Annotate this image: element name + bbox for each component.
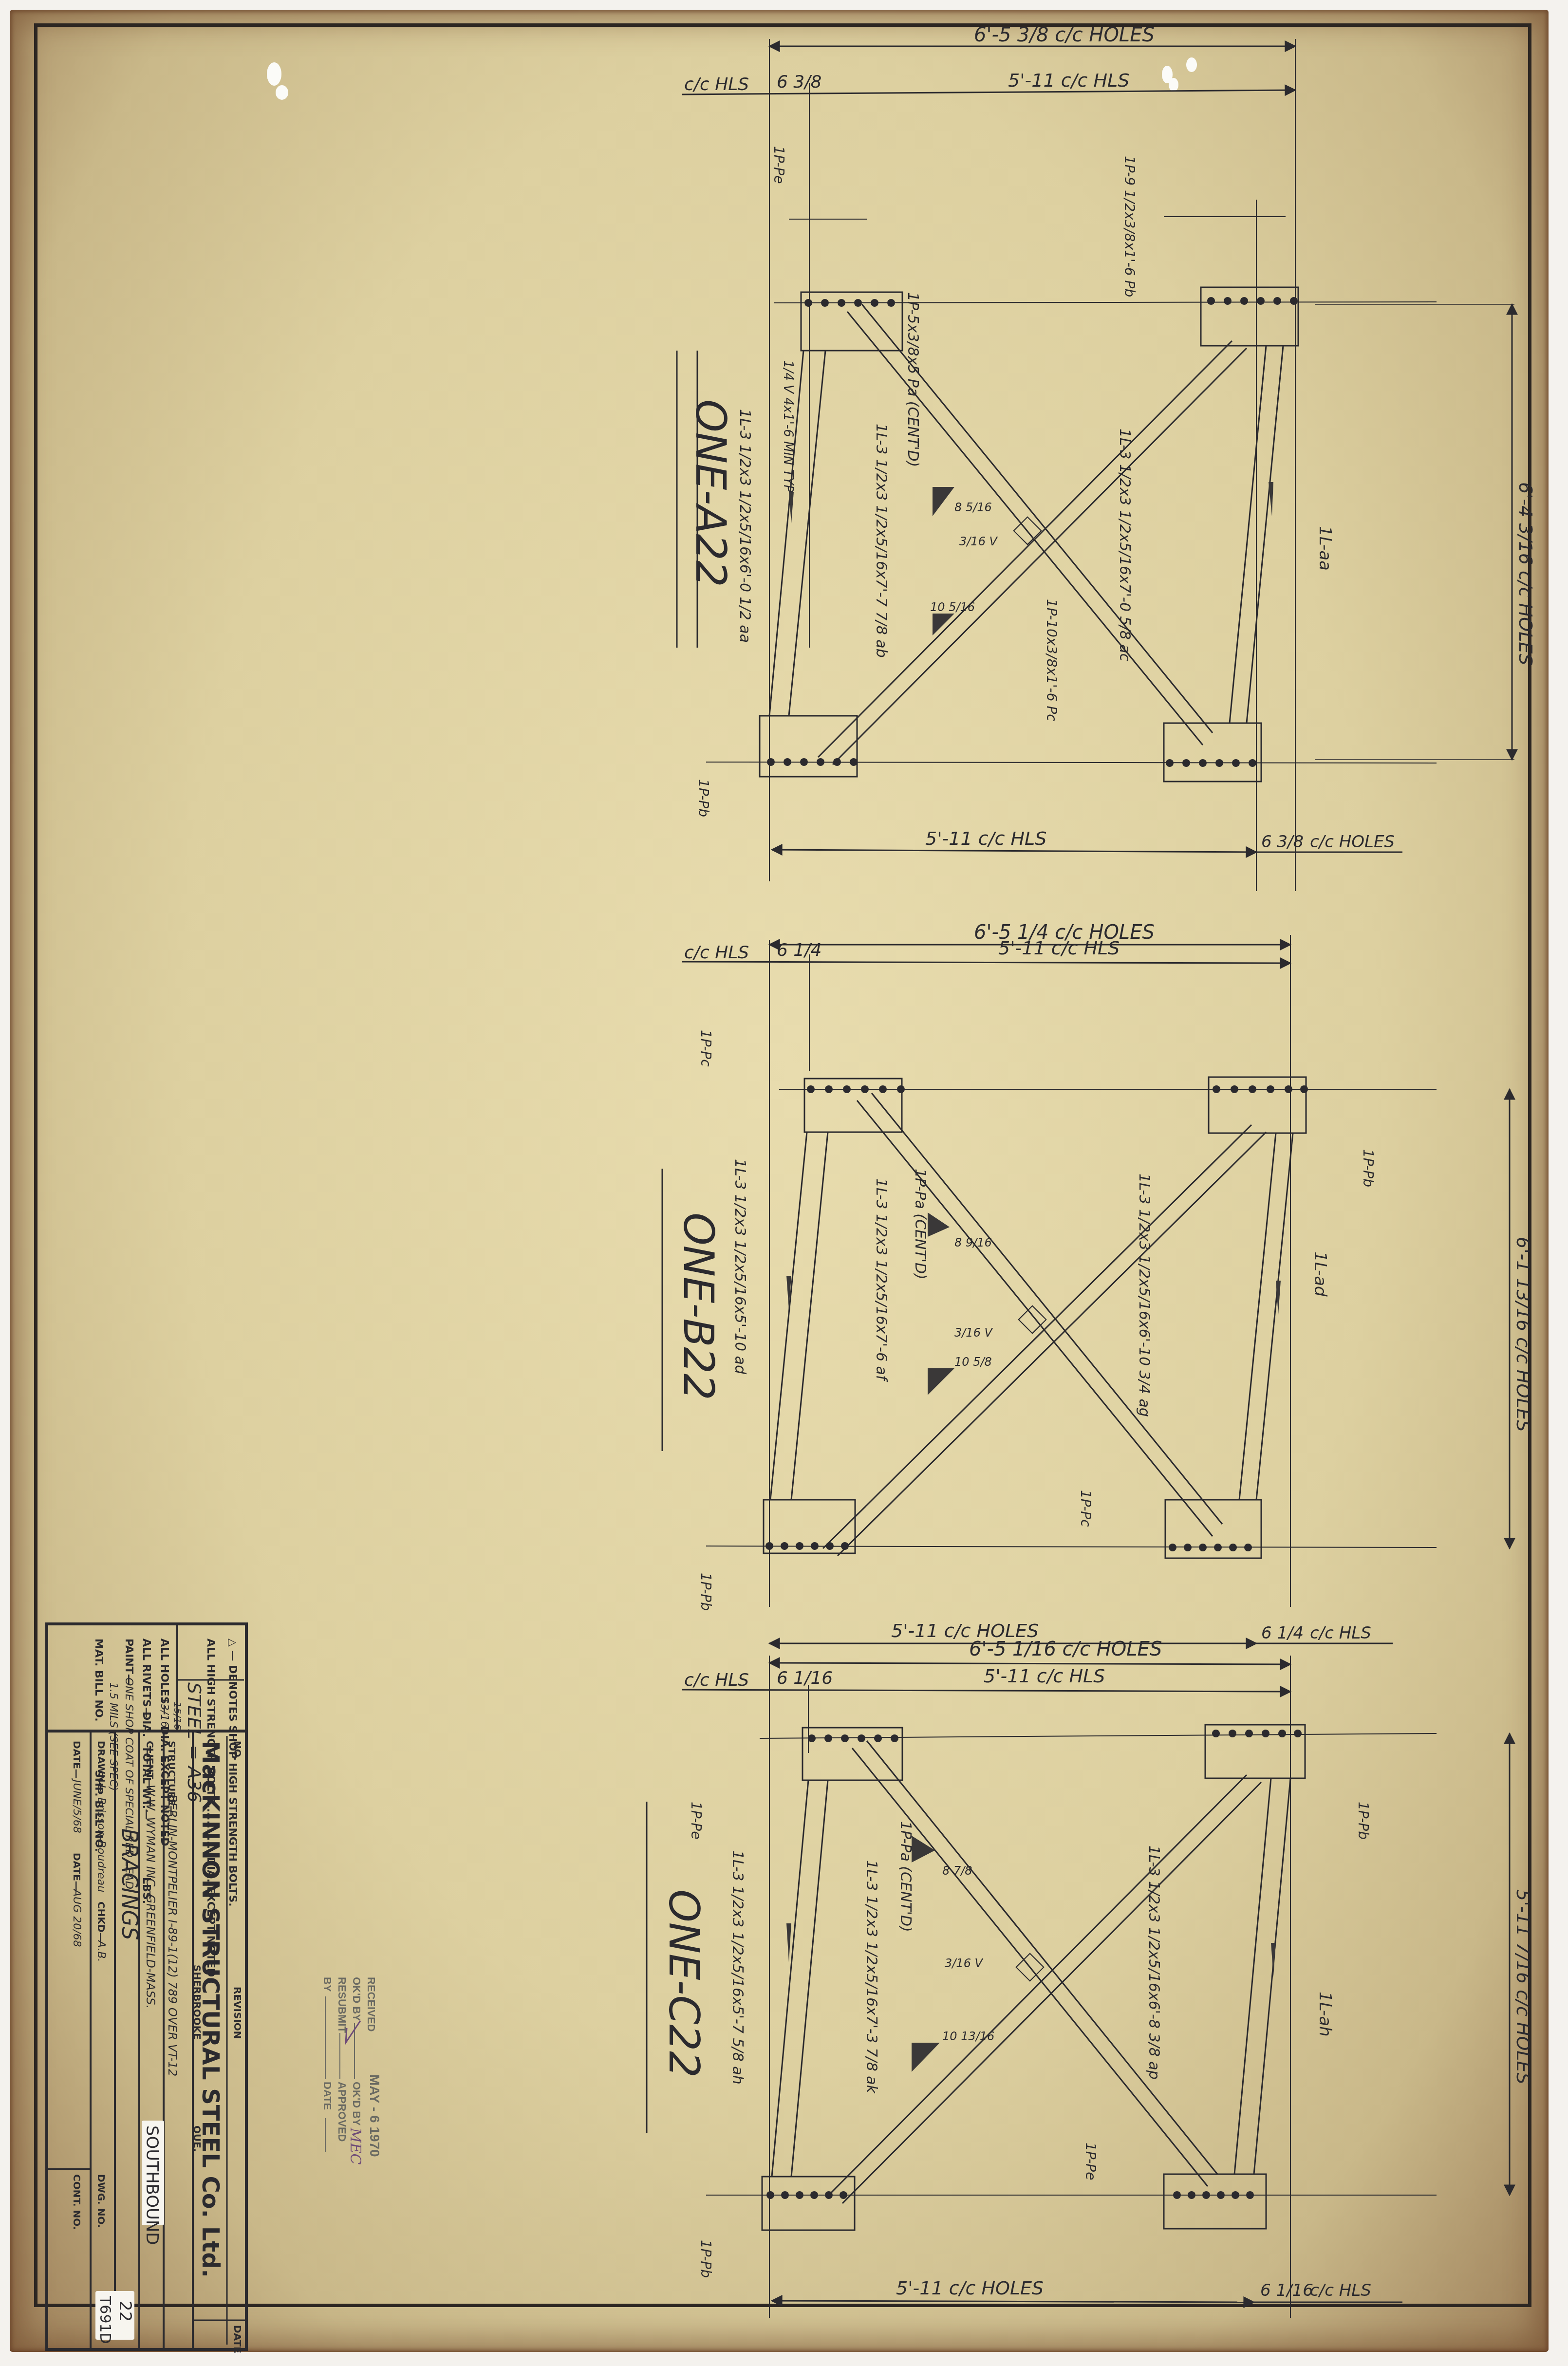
dim-offset-top: 6 1/16 [777,1668,833,1688]
stamp-resubmit: RESUBMIT [336,1977,348,2033]
title-sticker: SOUTHBOUND [142,2125,162,2245]
member-diag-2: 1L-3 1/2x3 1/2x5/16x7'-0 5/8 ac [1116,428,1133,662]
plate-bottom-right: 1P-Pe [1083,2142,1099,2180]
note-holes-extra: 15/16 [172,1702,184,1730]
dim-side: 6'-1 13/16 c/c HOLES [1512,1237,1534,1432]
member-left: 1L-3 1/2x3 1/2x5/16x5'-10 ad [731,1159,748,1375]
date2-value: AUG 20/68 [71,1888,83,1947]
dim-main-top: 5'-11 c/c HLS [998,937,1120,959]
frame-one-a22: 6'-5 3/8 c/c HOLES c/c HLS 6 3/8 5'-11 c… [677,24,1536,891]
dim-left-top: c/c HLS [684,1670,749,1690]
slope-2: 10 5/16 [930,600,975,614]
dim-offset-top: 6 3/8 [777,72,821,92]
dim-main-bottom: 5'-11 c/c HLS [925,828,1046,849]
frame-one-c22: 6'-5 1/16 c/c HOLES c/c HLS 6 1/16 5'-11… [647,1638,1534,2318]
cont-no-label: CONT. NO. [71,2174,83,2230]
center-plate: 1P-5x3/8x5 Pa (CENT'D) [904,292,921,467]
client-value: W.W. WYMAN INC.-GREENFIELD-MASS. [144,1785,157,2009]
plate-top-right: 1P-Pb [1355,1802,1371,1840]
slope-2: 10 13/16 [942,2030,994,2043]
center-plate: 1P-Pa (CENT'D) [897,1821,914,1932]
dim-right-bottom: c/c HLS [1310,2281,1371,2300]
dim-main-top: 5'-11 c/c HLS [984,1665,1105,1687]
dim-overall-top: 6'-5 1/16 c/c HOLES [969,1638,1162,1660]
member-diag-1: 1L-3 1/2x3 1/2x5/16x7'-3 7/8 ak [863,1860,880,2094]
stamp-received: RECEIVED [365,1977,377,2031]
plate-bottom-left: 1P-Pb [698,2240,714,2278]
dim-overall-top: 6'-5 3/8 c/c HOLES [974,24,1155,46]
dwg-no-value: 22 [115,2301,135,2322]
dim-offset-top: 6 1/4 [777,940,821,960]
dim-side: 5'-11 7/16 c/c HOLES [1512,1889,1534,2085]
plate-top-right: 1P-Pb [1360,1149,1376,1187]
cont-no-value: T691D [96,2295,113,2344]
member-left: 1L-3 1/2x3 1/2x5/16x6'-0 1/2 aa [736,409,753,643]
slope-1: 8 9/16 [954,1236,992,1249]
member-right: 1L-ah [1315,1992,1335,2037]
plate-bottom-left: 1P-Pb [698,1573,714,1611]
frame-one-b22: 6'-5 1/4 c/c HOLES c/c HLS 6 1/4 5'-11 c… [662,921,1534,1643]
slope-1: 8 5/16 [954,501,992,514]
plate-top-right: 1P-9 1/2x3/8x1'-6 Pb [1121,156,1138,297]
dim-main-bottom: 5'-11 c/c HOLES [896,2277,1044,2299]
note-rivets-label: ALL RIVETS— [140,1639,152,1718]
stamp-okd-by-2: OK'D BY [351,2082,363,2126]
piece-mark: ONE-B22 [674,1212,723,1400]
stamp-okd-by: OK'D BY [351,1977,363,2021]
date2-label: DATE— [71,1853,83,1891]
piece-mark: ONE-C22 [659,1889,708,2078]
plate-top-left: 1P-Pc [698,1030,714,1067]
note-rivets-suffix: DIA. [140,1712,152,1737]
piece-mark: ONE-A22 [686,399,735,587]
plate-bottom-left: 1P-Pb [695,779,711,817]
date-value: JUNE/5/68 [71,1778,83,1833]
revision-header: REVISION [232,1987,243,2039]
dim-right-bottom: c/c HOLES [1310,832,1395,852]
dim-right-bottom: c/c HLS [1310,1623,1371,1643]
company-city: SHERBROOKE [191,1965,203,2040]
member-right: 1L-aa [1315,526,1335,571]
chkd-value: A.B. [95,1939,107,1962]
chkd-label: CHKD— [95,1901,107,1942]
client-label: CLIENT— [144,1741,156,1789]
slope-1: 8 7/8 [942,1864,972,1878]
note-holes-value: 13/16 [158,1697,170,1728]
weld-center: 3/16 V [954,1326,993,1340]
company-province: QUE. [191,2125,203,2152]
stamp-initials: MEC [347,2127,364,2165]
stamp-date-label: DATE [321,2082,334,2110]
date-label: DATE— [71,1741,83,1779]
revision-date-header: DATE [232,2325,243,2353]
drawn-value: L. Brisson-Boudreau [95,1785,107,1892]
stamp-by: BY [321,1977,334,1992]
weld-center: 3/16 V [945,1956,984,1970]
structure-value: BERLIN-MONTPELIER I-89-1(12) 789 OVER VT… [166,1794,179,2076]
plate-bottom-right: 1P-Pc [1078,1490,1094,1527]
dim-main-top: 5'-11 c/c HLS [1008,70,1129,91]
dim-left-top: c/c HLS [684,943,749,963]
member-diag-2: 1L-3 1/2x3 1/2x5/16x6'-8 3/8 ap [1145,1845,1162,2080]
slope-2: 10 5/8 [954,1355,992,1369]
weld-note: 1/4 V 4x1'-6 MIN TYP [781,360,795,493]
title-block: △ — DENOTES SHOP HIGH STRENGTH BOLTS. AL… [47,1624,246,2349]
dim-offset-bottom: 6 3/8 [1261,832,1304,852]
member-right: 1L-ad [1310,1251,1330,1297]
weld-center: 3/16 V [959,535,998,548]
dim-side: 6'-4 3/16 c/c HOLES [1515,482,1536,665]
dim-left-top: c/c HLS [684,75,749,94]
note-paint-extra: 1.5 MILS (SEE SPEC) [107,1682,119,1791]
note-mat-bill: MAT. BILL NO. [93,1639,105,1722]
plate-top-left: 1P-Pe [688,1802,704,1839]
member-diag-2: 1L-3 1/2x3 1/2x5/16x6'-10 3/4 ag [1136,1174,1153,1417]
stamp-approved: APPROVED [336,2082,348,2142]
received-stamp: MAY - 6 1970 RECEIVED OK'D BY OK'D BY ME… [292,1957,399,2162]
plate-top-left: 1P-Pe [771,146,787,184]
member-diag-1: 1L-3 1/2x3 1/2x5/16x7'-7 7/8 ab [873,424,890,658]
plate-bottom-right: 1P-10x3/8x1'-6 Pc [1044,599,1060,722]
dwg-no-label: DWG. NO. [95,2174,107,2228]
member-diag-1: 1L-3 1/2x3 1/2x5/16x7'-6 af [873,1178,890,1382]
revision-no-header: NO. [232,1741,243,1761]
dim-offset-bottom: 6 1/16 [1260,2281,1313,2300]
note-triangle: △ — DENOTES SHOP HIGH STRENGTH BOLTS. [226,1639,239,1907]
stamp-date: MAY - 6 1970 [367,2074,382,2157]
member-left: 1L-3 1/2x3 1/2x5/16x5'-7 5/8 ah [729,1850,746,2085]
drawing-title: BRACINGS [117,1828,142,1940]
dim-offset-bottom: 6 1/4 [1261,1623,1304,1643]
center-plate: 1P-Pa (CENT'D) [912,1169,929,1280]
